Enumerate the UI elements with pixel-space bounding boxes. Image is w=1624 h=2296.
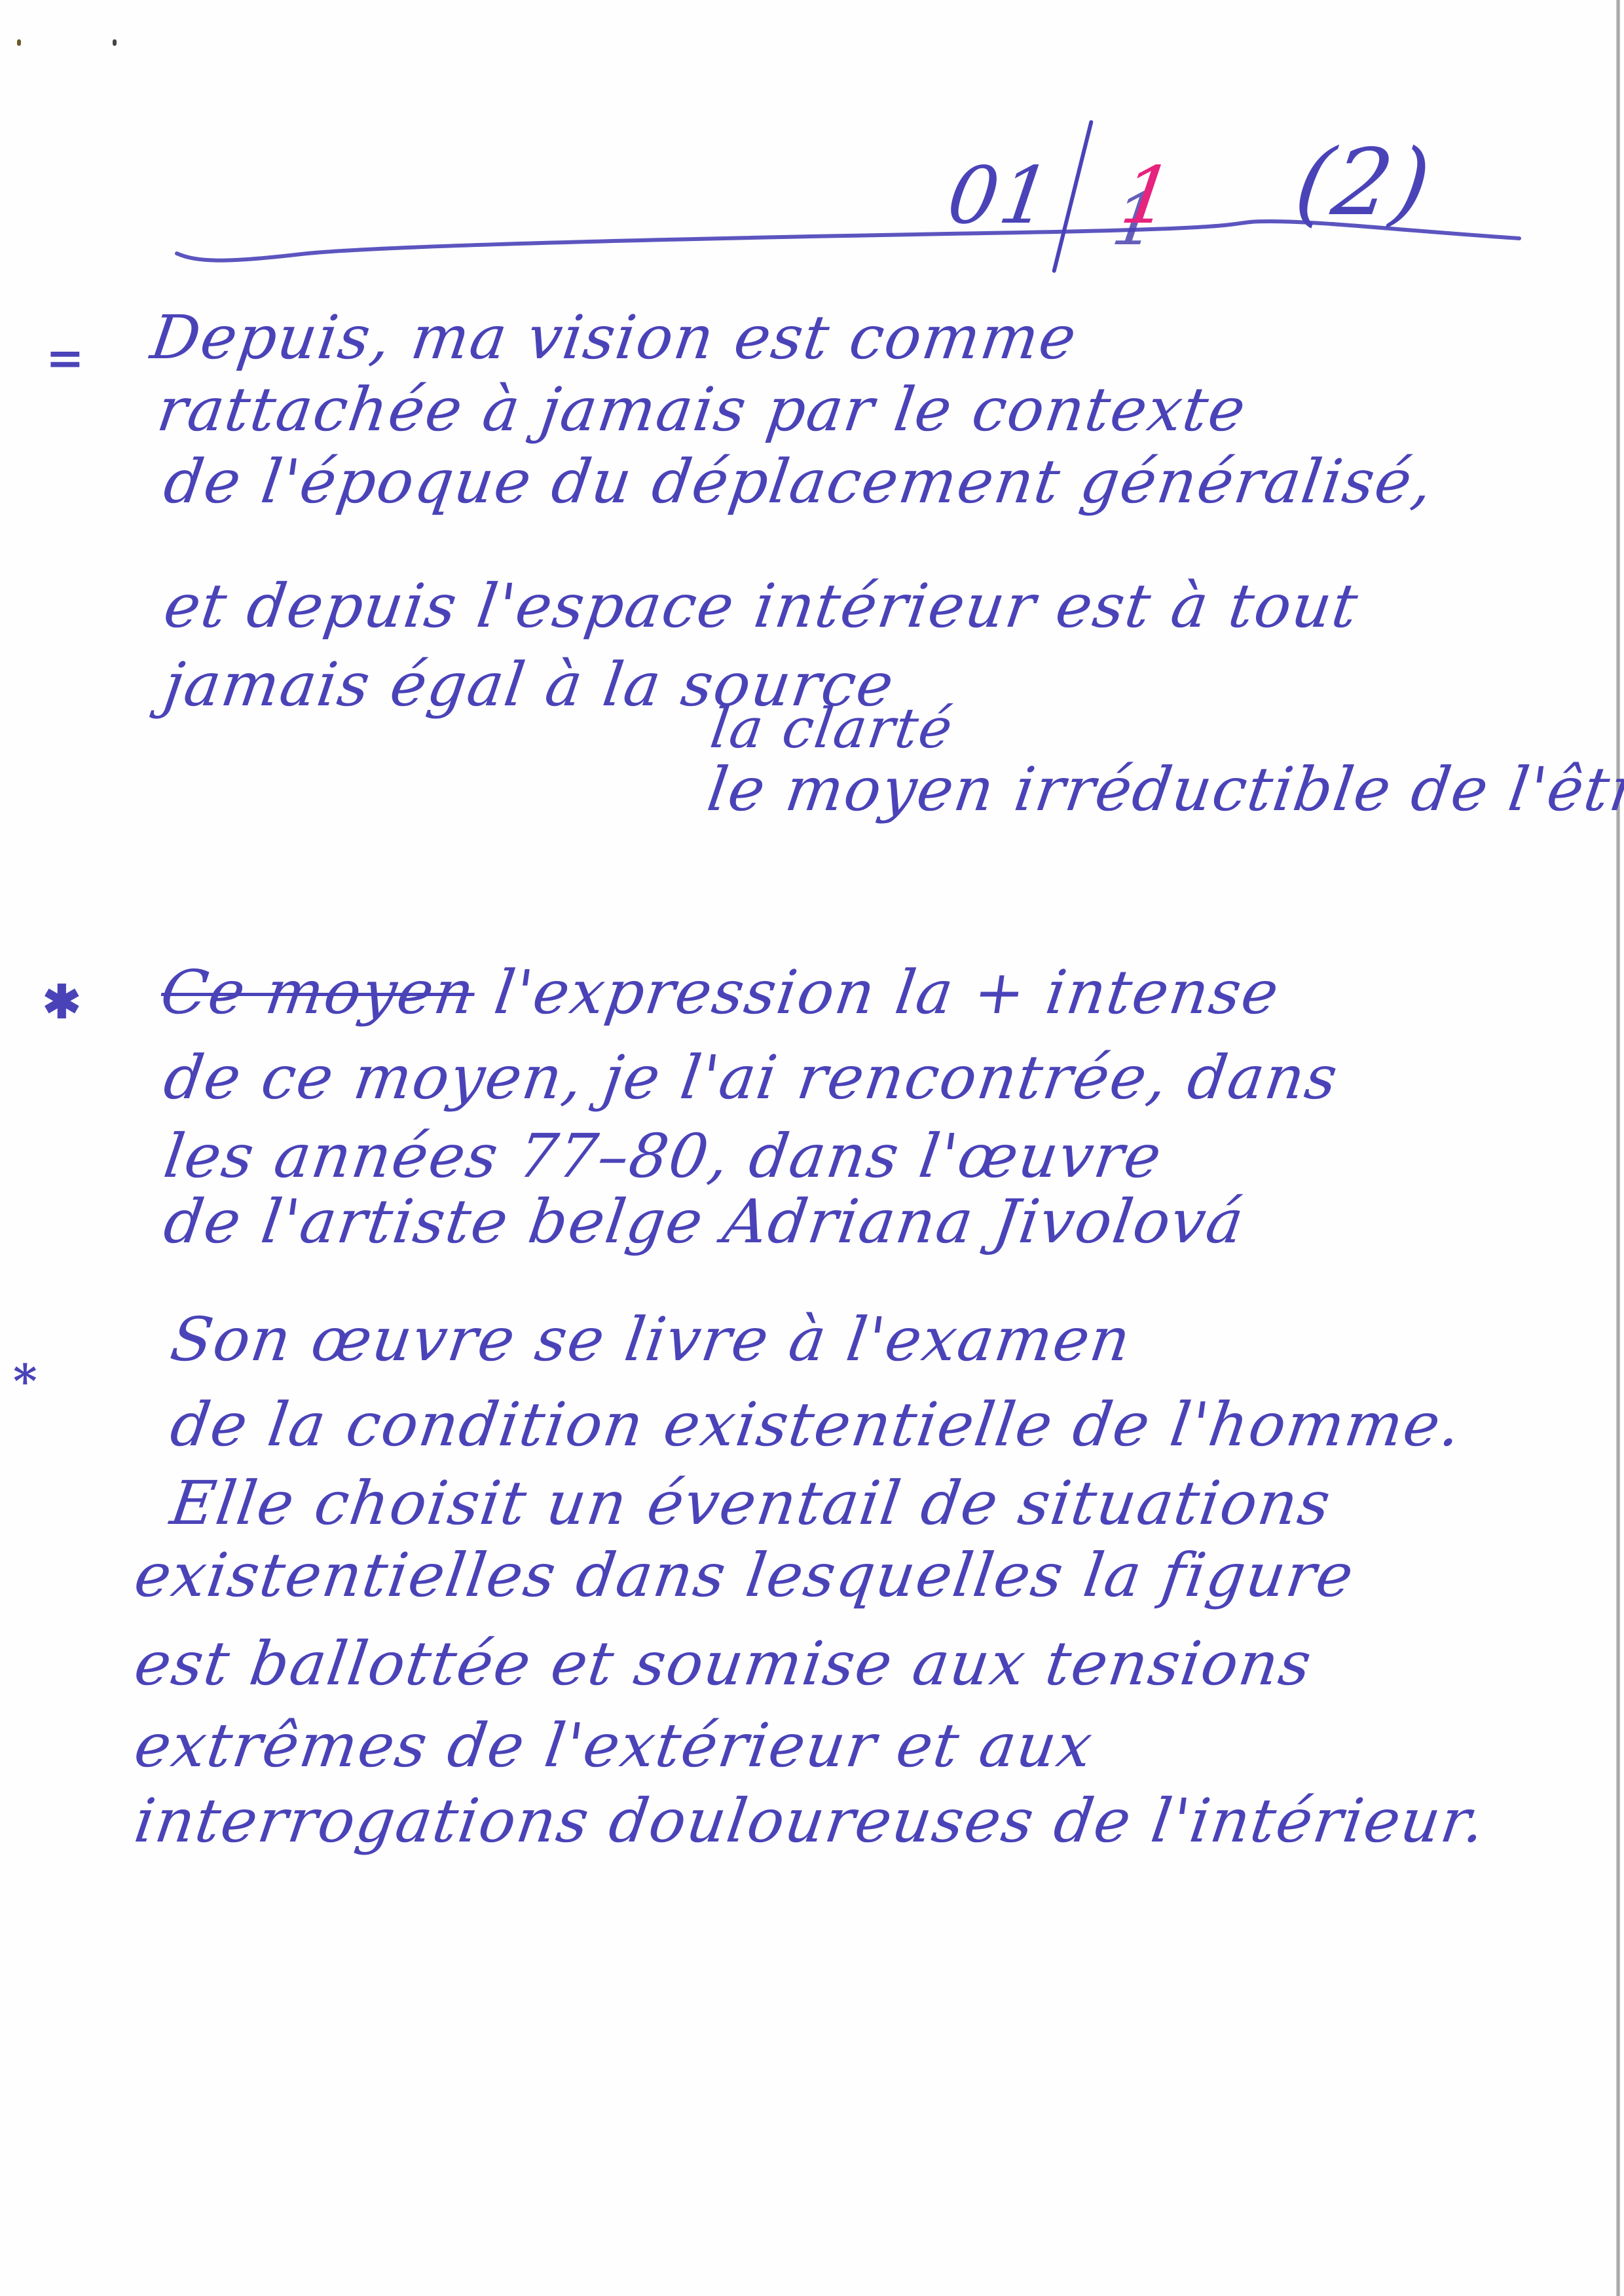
paragraph-line: existentielles dans lesquelles la figure [131, 1546, 1358, 1606]
paragraph-line: de l'artiste belge Adriana Jivolová [160, 1192, 1248, 1252]
paragraph-line: Son œuvre se livre à l'examen [167, 1310, 1135, 1370]
bullet-marker: ⁎ [13, 1346, 37, 1392]
scan-speck [17, 39, 21, 46]
paragraph-line: de la condition existentielle de l'homme… [167, 1395, 1466, 1455]
paragraph-line: est ballottée et soumise aux tensions [131, 1634, 1316, 1694]
paragraph-line: de l'époque du déplacement généralisé, [160, 452, 1437, 512]
paragraph-line: Depuis, ma vision est comme [147, 308, 1080, 368]
paragraph-line: extrêmes de l'extérieur et aux [131, 1716, 1097, 1776]
manuscript-page: 01 1 1 (2) = Depuis, ma vision est comme… [0, 0, 1624, 2296]
struck-text: Ce moyen [157, 957, 479, 1028]
bullet-marker: = [46, 335, 84, 381]
paragraph-line: le moyen irréductible de l'être [704, 760, 1624, 820]
paragraph-line: la clarté [707, 701, 957, 756]
paragraph-line: rattachée à jamais par le contexte [154, 380, 1250, 440]
header-page-number: (2) [1290, 138, 1437, 229]
paragraph-line: Elle choisit un éventail de situations [167, 1473, 1335, 1534]
paragraph-first-line: Ce moyen l'expression la + intense [157, 963, 1283, 1023]
line-text: l'expression la + intense [490, 957, 1284, 1028]
paragraph-line: et depuis l'espace intérieur est à tout [160, 576, 1362, 637]
paragraph-line: de ce moyen, je l'ai rencontrée, dans [160, 1048, 1342, 1108]
paragraph-line: les années 77–80, dans l'œuvre [160, 1126, 1166, 1187]
scan-speck [113, 39, 117, 46]
scan-edge-line [1616, 0, 1620, 2296]
header-rule [170, 216, 1532, 268]
bullet-marker: ✱ [43, 979, 81, 1025]
paragraph-line: interrogations douloureuses de l'intérie… [131, 1791, 1490, 1851]
